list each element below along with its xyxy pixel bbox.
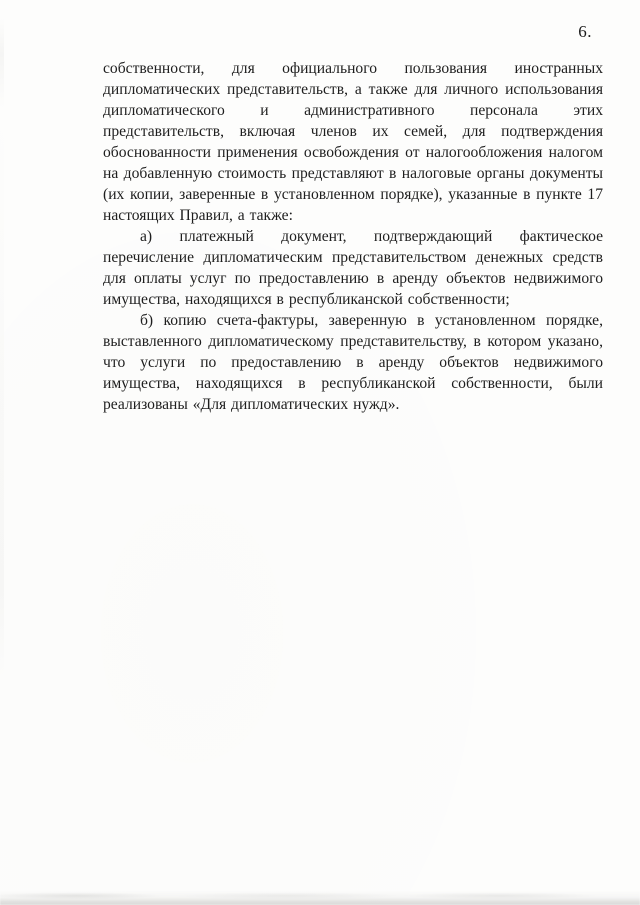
paragraph-continuation: собственности, для официального пользова… (103, 58, 603, 226)
page-number: 6. (578, 22, 592, 42)
document-page: 6. собственности, для официального польз… (0, 0, 640, 905)
document-text-block: собственности, для официального пользова… (103, 58, 603, 415)
scan-bottom-shadow-artifact (0, 891, 640, 905)
scan-left-edge-artifact (0, 0, 4, 905)
paragraph-item-a: а) платежный документ, подтверждающий фа… (103, 226, 603, 310)
paragraph-item-b: б) копию счета-фактуры, заверенную в уст… (103, 310, 603, 415)
